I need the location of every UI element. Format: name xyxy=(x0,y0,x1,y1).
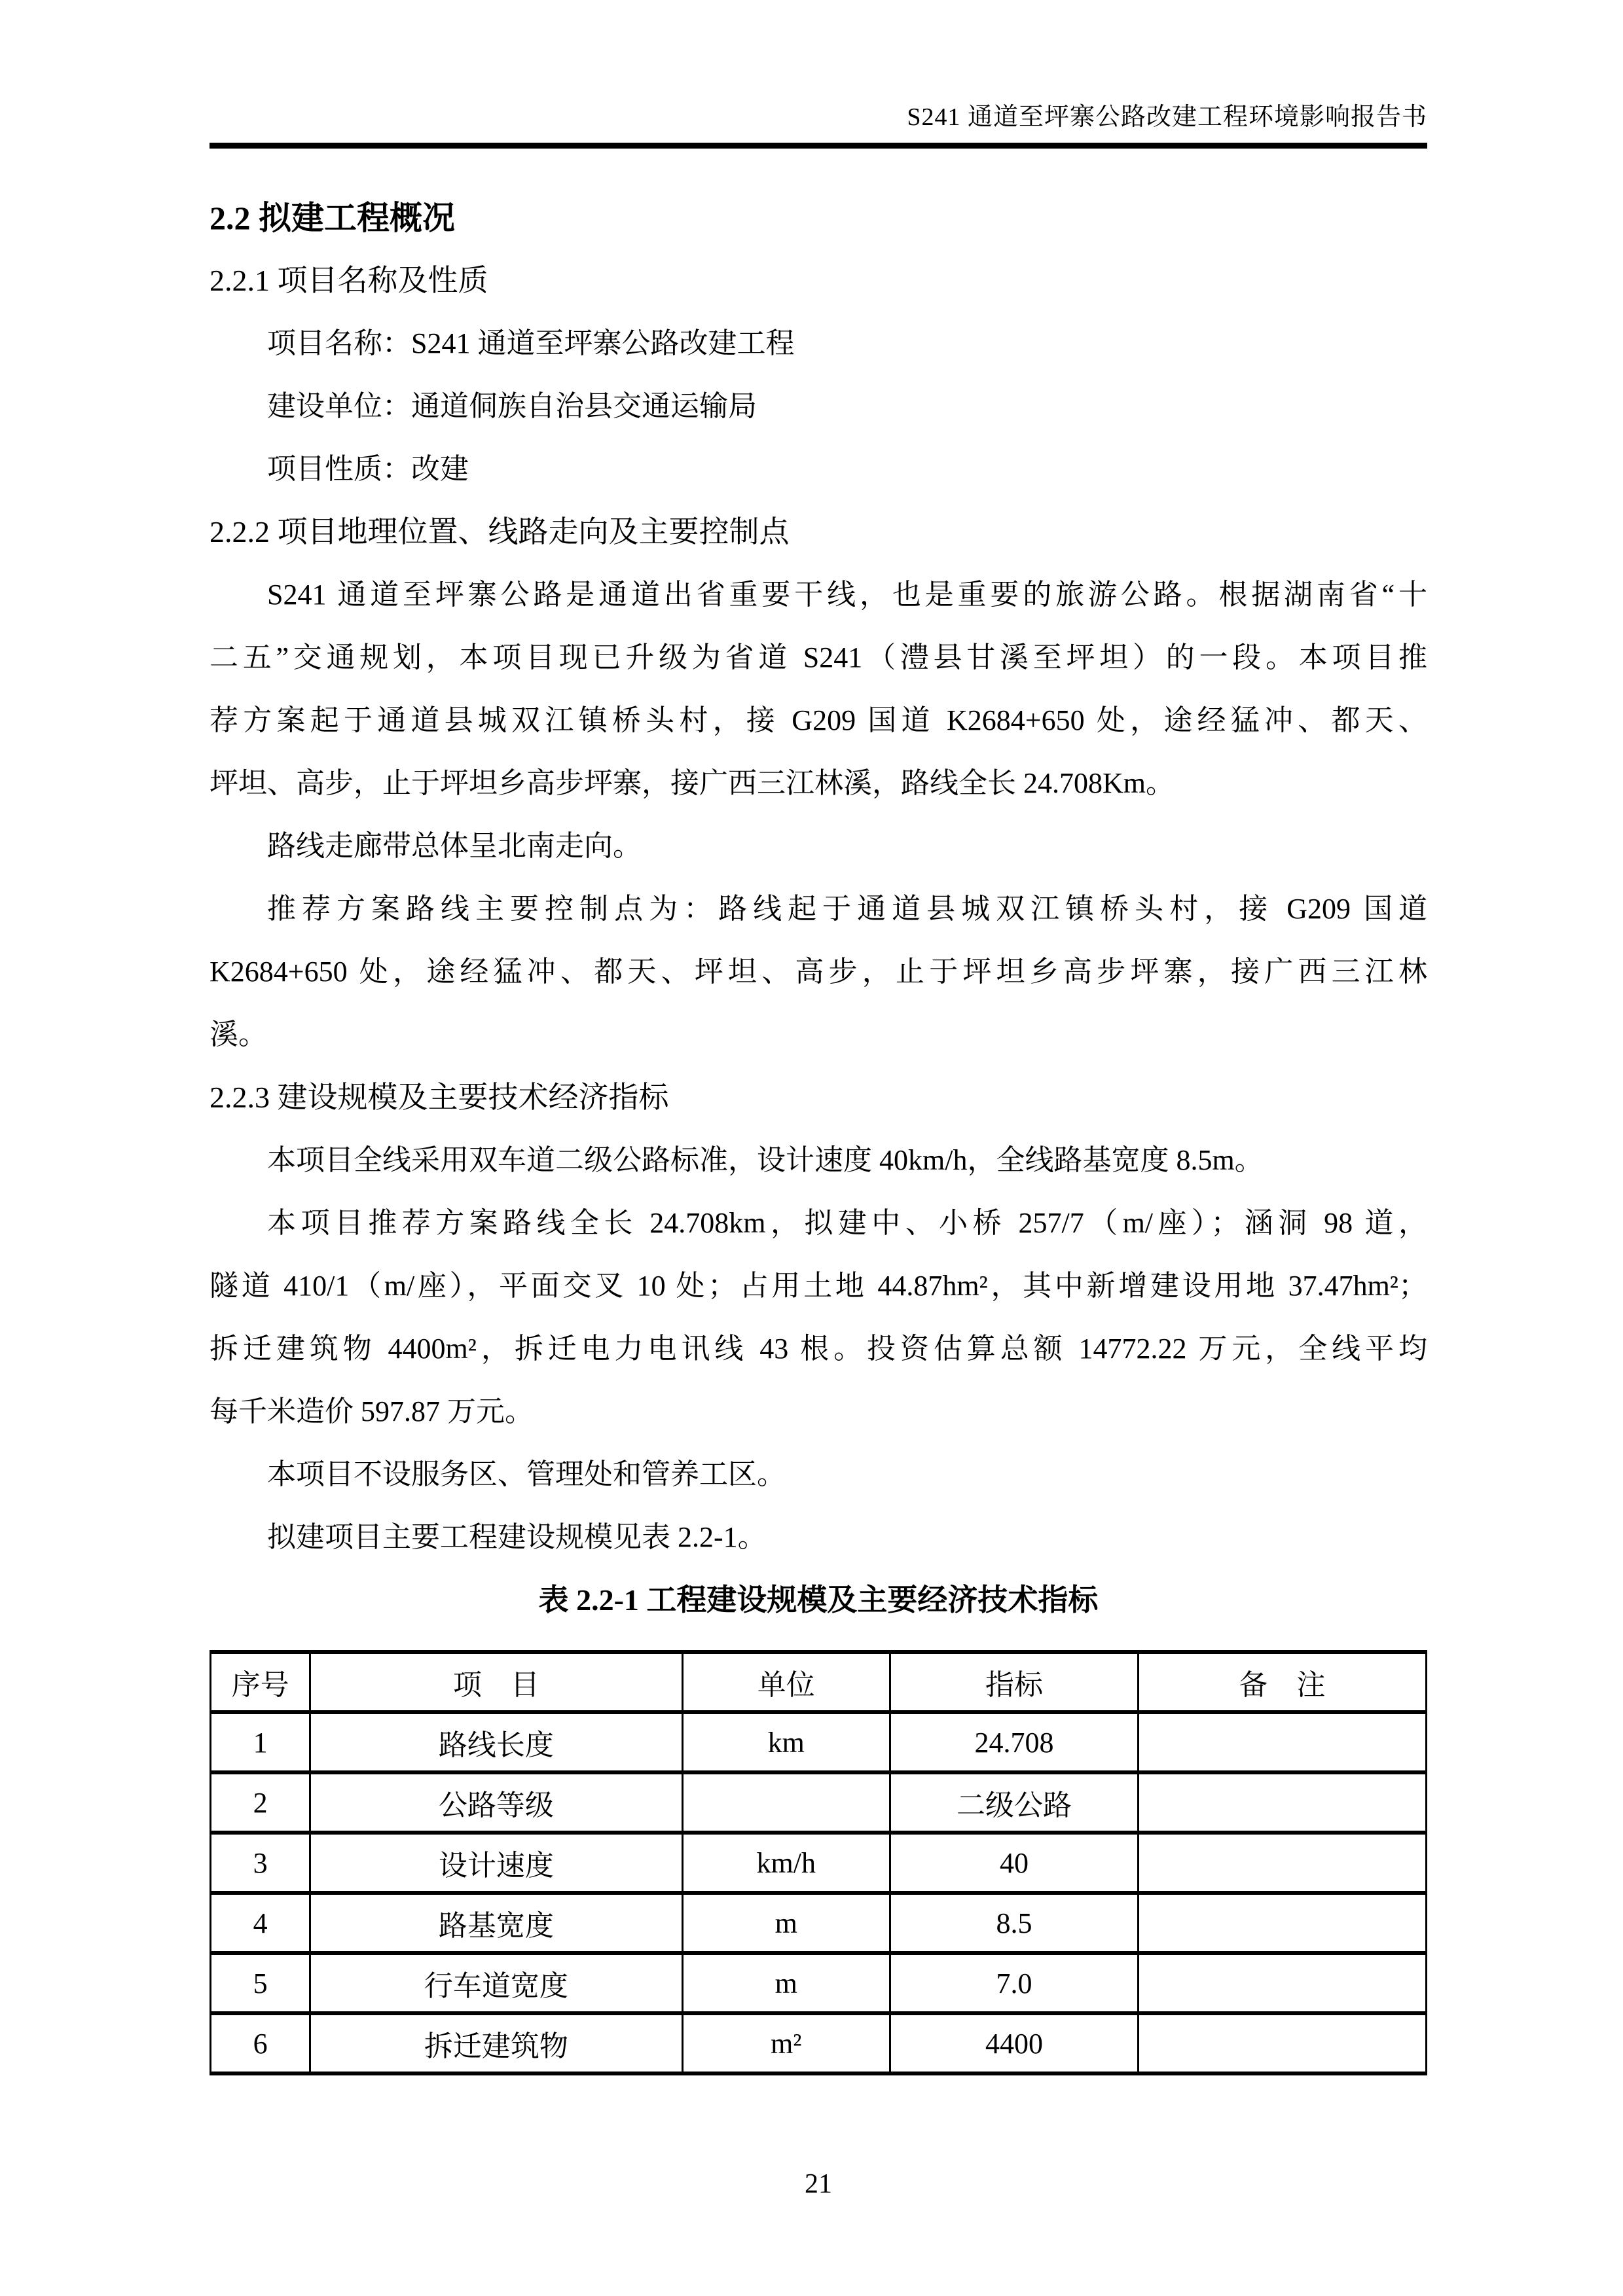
paragraph-line: 二五”交通规划，本项目现已升级为省道 S241（澧县甘溪至坪坦）的一段。本项目推 xyxy=(210,626,1427,689)
paragraph-line: 坪坦、高步，止于坪坦乡高步坪寨，接广西三江林溪，路线全长 24.708Km。 xyxy=(210,752,1427,815)
cell-unit xyxy=(682,1772,890,1833)
cell-value: 4400 xyxy=(890,2013,1139,2073)
paragraph-line: S241 通道至坪寨公路是通道出省重要干线，也是重要的旅游公路。根据湖南省“十 xyxy=(210,564,1427,626)
cell-note xyxy=(1138,1712,1426,1772)
page-header: S241 通道至坪寨公路改建工程环境影响报告书 xyxy=(210,0,1427,149)
cell-seq: 1 xyxy=(211,1712,310,1772)
document-page: S241 通道至坪寨公路改建工程环境影响报告书 2.2 拟建工程概况 2.2.1… xyxy=(0,0,1623,2296)
header-cell-note: 备 注 xyxy=(1138,1652,1426,1712)
project-name-line: 项目名称：S241 通道至坪寨公路改建工程 xyxy=(210,312,1427,375)
table-row: 1 路线长度 km 24.708 xyxy=(211,1712,1427,1772)
cell-item: 行车道宽度 xyxy=(310,1953,682,2013)
paragraph-line: 每千米造价 597.87 万元。 xyxy=(210,1380,1427,1443)
section-2-2-1-heading: 2.2.1 项目名称及性质 xyxy=(210,249,1427,312)
cell-unit: km/h xyxy=(682,1833,890,1893)
cell-note xyxy=(1138,1833,1426,1893)
paragraph-line: 溪。 xyxy=(210,1003,1427,1066)
table-row: 2 公路等级 二级公路 xyxy=(211,1772,1427,1833)
cell-item: 路线长度 xyxy=(310,1712,682,1772)
control-points-paragraph: 推荐方案路线主要控制点为：路线起于通道县城双江镇桥头村，接 G209 国道 K2… xyxy=(210,878,1427,1066)
cell-seq: 5 xyxy=(211,1953,310,2013)
scale-paragraph: 本项目推荐方案路线全长 24.708km，拟建中、小桥 257/7（m/座）；涵… xyxy=(210,1192,1427,1443)
paragraph-line: 隧道 410/1（m/座），平面交叉 10 处；占用土地 44.87hm²，其中… xyxy=(210,1255,1427,1318)
table-row: 5 行车道宽度 m 7.0 xyxy=(211,1953,1427,2013)
cell-unit: m xyxy=(682,1953,890,2013)
paragraph-line: 本项目推荐方案路线全长 24.708km，拟建中、小桥 257/7（m/座）；涵… xyxy=(210,1192,1427,1255)
header-cell-item: 项 目 xyxy=(310,1652,682,1712)
cell-unit: m xyxy=(682,1893,890,1953)
cell-value: 8.5 xyxy=(890,1893,1139,1953)
road-standard-line: 本项目全线采用双车道二级公路标准，设计速度 40km/h，全线路基宽度 8.5m… xyxy=(210,1129,1427,1192)
cell-note xyxy=(1138,1772,1426,1833)
cell-value: 二级公路 xyxy=(890,1772,1139,1833)
paragraph-line: 推荐方案路线主要控制点为：路线起于通道县城双江镇桥头村，接 G209 国道 xyxy=(210,878,1427,941)
header-rule xyxy=(210,143,1427,149)
cell-seq: 6 xyxy=(211,2013,310,2073)
table-reference-line: 拟建项目主要工程建设规模见表 2.2-1。 xyxy=(210,1506,1427,1569)
page-number: 21 xyxy=(210,2153,1427,2215)
cell-value: 7.0 xyxy=(890,1953,1139,2013)
paragraph-line: K2684+650 处，途经猛冲、都天、坪坦、高步，止于坪坦乡高步坪寨，接广西三… xyxy=(210,941,1427,1003)
paragraph-line: 拆迁建筑物 4400m²，拆迁电力电讯线 43 根。投资估算总额 14772.2… xyxy=(210,1318,1427,1380)
cell-note xyxy=(1138,2013,1426,2073)
table-row: 6 拆迁建筑物 m² 4400 xyxy=(211,2013,1427,2073)
header-cell-unit: 单位 xyxy=(682,1652,890,1712)
cell-value: 24.708 xyxy=(890,1712,1139,1772)
section-2-2-heading: 2.2 拟建工程概况 xyxy=(210,187,1427,249)
cell-seq: 2 xyxy=(211,1772,310,1833)
spec-table: 序号 项 目 单位 指标 备 注 1 路线长度 km 24.708 xyxy=(210,1650,1427,2075)
cell-item: 拆迁建筑物 xyxy=(310,2013,682,2073)
cell-unit: km xyxy=(682,1712,890,1772)
cell-seq: 3 xyxy=(211,1833,310,1893)
section-2-2-2-heading: 2.2.2 项目地理位置、线路走向及主要控制点 xyxy=(210,501,1427,564)
table-row: 3 设计速度 km/h 40 xyxy=(211,1833,1427,1893)
header-cell-value: 指标 xyxy=(890,1652,1139,1712)
document-body: 2.2 拟建工程概况 2.2.1 项目名称及性质 项目名称：S241 通道至坪寨… xyxy=(210,187,1427,2215)
cell-note xyxy=(1138,1893,1426,1953)
table-title: 表 2.2-1 工程建设规模及主要经济技术指标 xyxy=(210,1569,1427,1632)
cell-seq: 4 xyxy=(211,1893,310,1953)
table-row: 4 路基宽度 m 8.5 xyxy=(211,1893,1427,1953)
section-2-2-3-heading: 2.2.3 建设规模及主要技术经济指标 xyxy=(210,1066,1427,1129)
table-header-row: 序号 项 目 单位 指标 备 注 xyxy=(211,1652,1427,1712)
cell-value: 40 xyxy=(890,1833,1139,1893)
paragraph-line: 荐方案起于通道县城双江镇桥头村，接 G209 国道 K2684+650 处，途经… xyxy=(210,689,1427,752)
project-nature-line: 项目性质：改建 xyxy=(210,438,1427,501)
construction-unit-line: 建设单位：通道侗族自治县交通运输局 xyxy=(210,375,1427,438)
no-service-area-line: 本项目不设服务区、管理处和管养工区。 xyxy=(210,1443,1427,1506)
header-cell-seq: 序号 xyxy=(211,1652,310,1712)
cell-item: 公路等级 xyxy=(310,1772,682,1833)
location-paragraph: S241 通道至坪寨公路是通道出省重要干线，也是重要的旅游公路。根据湖南省“十 … xyxy=(210,564,1427,815)
corridor-direction-line: 路线走廊带总体呈北南走向。 xyxy=(210,815,1427,878)
cell-unit: m² xyxy=(682,2013,890,2073)
cell-item: 路基宽度 xyxy=(310,1893,682,1953)
header-title: S241 通道至坪寨公路改建工程环境影响报告书 xyxy=(210,102,1427,132)
cell-note xyxy=(1138,1953,1426,2013)
cell-item: 设计速度 xyxy=(310,1833,682,1893)
